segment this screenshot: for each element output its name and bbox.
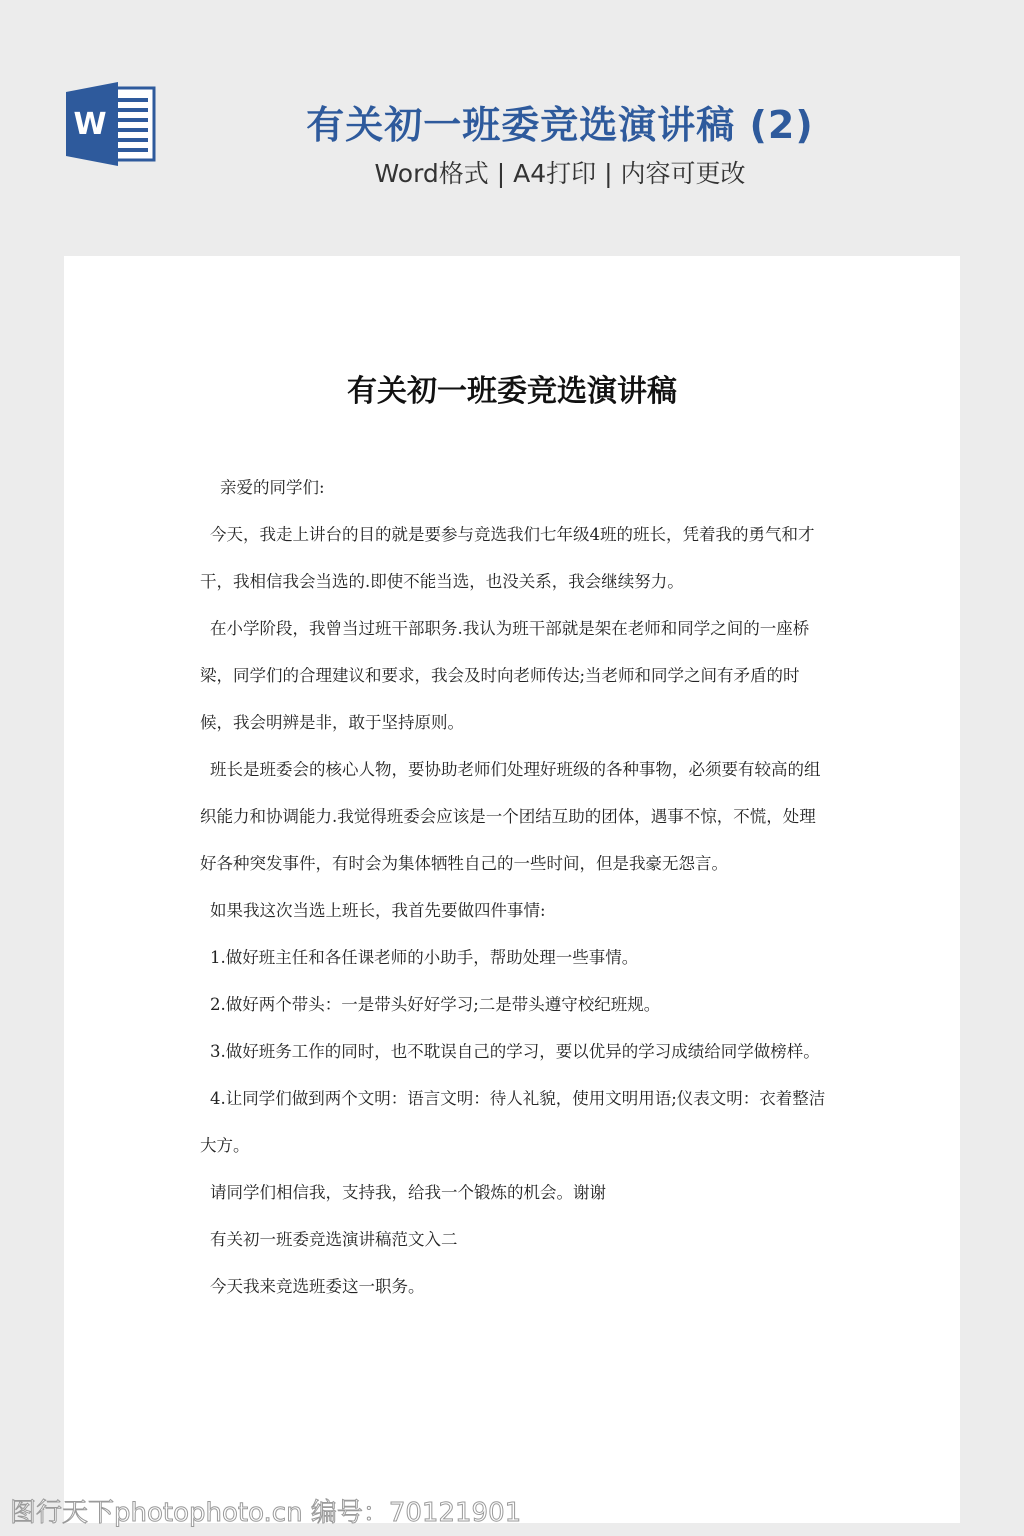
paragraph: 如果我这次当选上班长，我首先要做四件事情: — [200, 887, 830, 934]
paragraph: 在小学阶段，我曾当过班干部职务.我认为班干部就是架在老师和同学之间的一座桥梁，同… — [200, 605, 830, 746]
list-item: 1.做好班主任和各任课老师的小助手，帮助处理一些事情。 — [200, 934, 830, 981]
header: W 有关初一班委竞选演讲稿 (2) Word格式 | A4打印 | 内容可更改 — [0, 0, 1024, 256]
paragraph: 请同学们相信我，支持我，给我一个锻炼的机会。谢谢 — [200, 1169, 830, 1216]
paragraph: 今天我来竞选班委这一职务。 — [200, 1263, 830, 1310]
list-item: 2.做好两个带头：一是带头好好学习;二是带头遵守校纪班规。 — [200, 981, 830, 1028]
paragraph-greeting: 亲爱的同学们: — [200, 464, 830, 511]
word-doc-icon: W — [64, 80, 156, 168]
header-subtitle: Word格式 | A4打印 | 内容可更改 — [260, 154, 860, 190]
paragraph: 今天，我走上讲台的目的就是要参与竞选我们七年级4班的班长，凭着我的勇气和才干，我… — [200, 511, 830, 605]
svg-text:W: W — [73, 107, 106, 142]
watermark: 图行天下photophoto.cn 编号：70121901 — [10, 1492, 521, 1529]
document-page: 有关初一班委竞选演讲稿 亲爱的同学们: 今天，我走上讲台的目的就是要参与竞选我们… — [64, 256, 960, 1523]
document-title: 有关初一班委竞选演讲稿 — [64, 366, 960, 410]
header-title: 有关初一班委竞选演讲稿 (2) — [260, 94, 860, 149]
paragraph-subheading: 有关初一班委竞选演讲稿范文入二 — [200, 1216, 830, 1263]
list-item: 4.让同学们做到两个文明：语言文明：待人礼貌，使用文明用语;仪表文明：衣着整洁大… — [200, 1075, 830, 1169]
paragraph: 班长是班委会的核心人物，要协助老师们处理好班级的各种事物，必须要有较高的组织能力… — [200, 746, 830, 887]
list-item: 3.做好班务工作的同时，也不耽误自己的学习，要以优异的学习成绩给同学做榜样。 — [200, 1028, 830, 1075]
document-body: 亲爱的同学们: 今天，我走上讲台的目的就是要参与竞选我们七年级4班的班长，凭着我… — [200, 464, 830, 1310]
